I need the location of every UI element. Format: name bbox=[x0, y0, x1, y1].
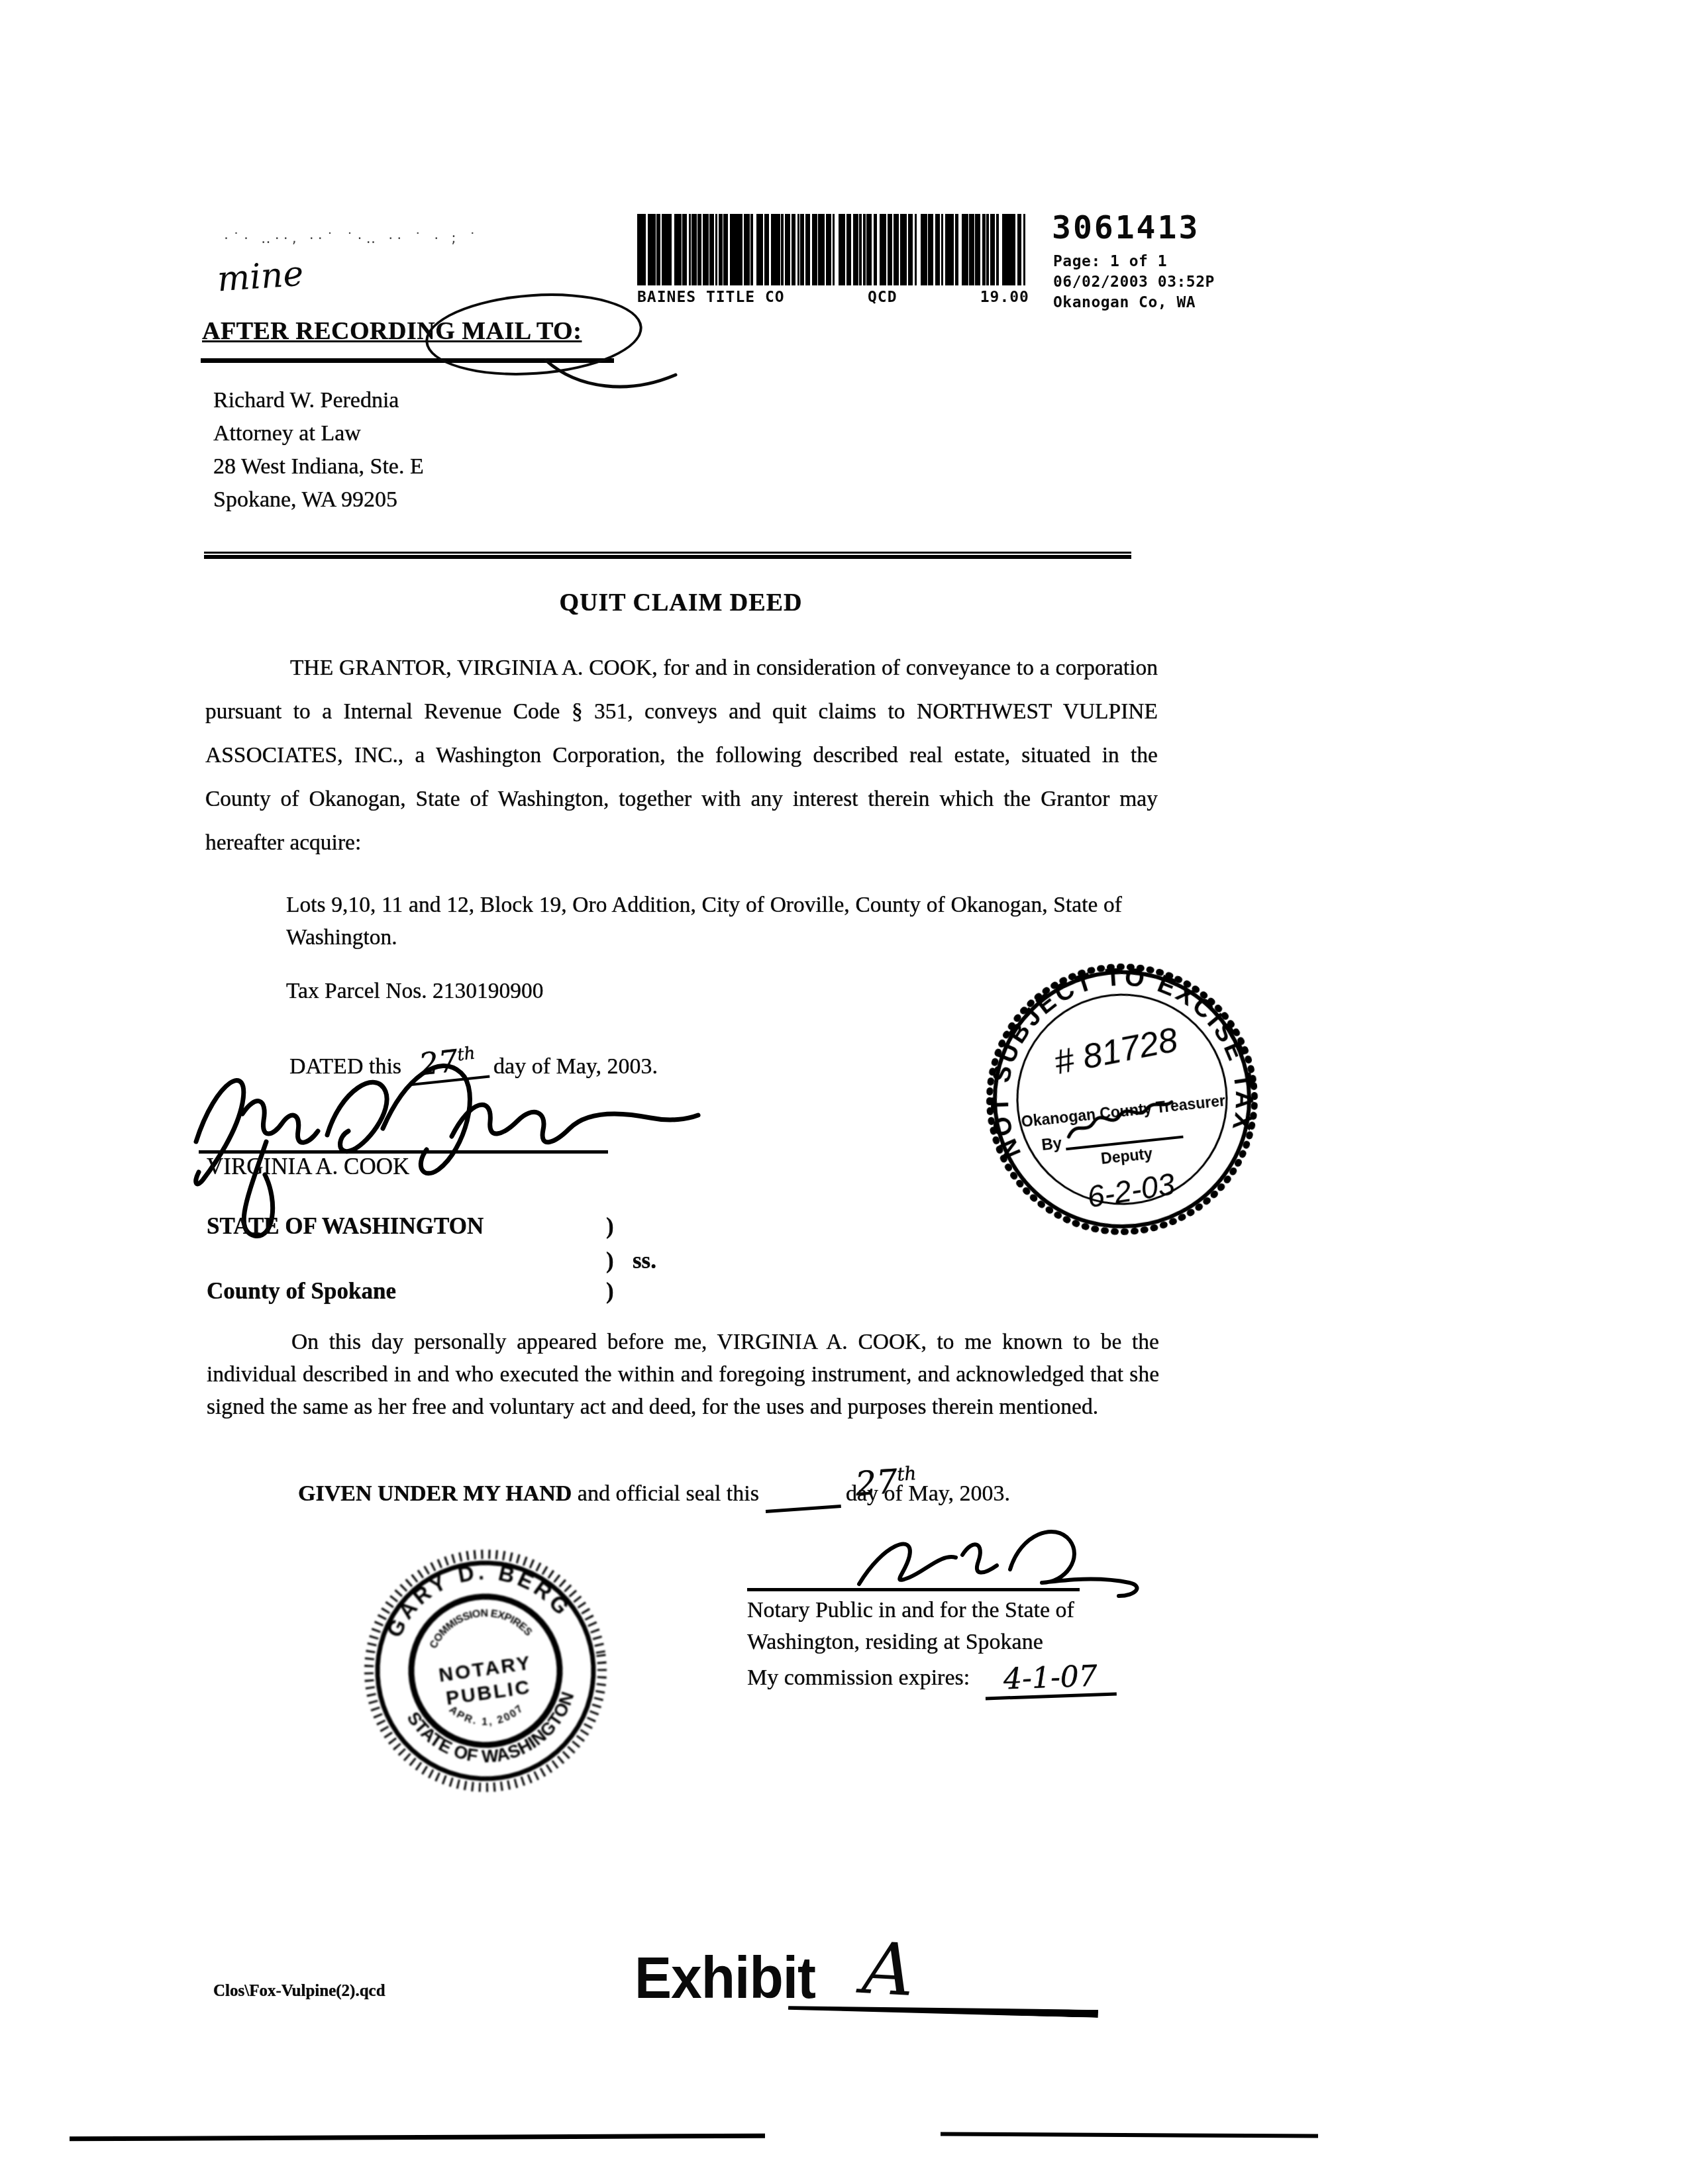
scan-artifact-line bbox=[70, 2134, 765, 2142]
stamp-deputy-label: Deputy bbox=[1100, 1145, 1153, 1167]
day-ordinal: th bbox=[897, 1462, 918, 1485]
day-number: 27 bbox=[854, 1462, 899, 1503]
handwritten-exhibit-letter: A bbox=[860, 1927, 916, 2012]
document-title: QUIT CLAIM DEED bbox=[205, 588, 1156, 617]
handwritten-expiry-date: 4-1-07 bbox=[984, 1659, 1117, 1701]
address-line: Attorney at Law bbox=[213, 417, 424, 450]
given-bold-text: GIVEN UNDER MY HAND bbox=[298, 1481, 572, 1506]
commission-label: My commission expires: bbox=[747, 1665, 970, 1690]
paren: ) bbox=[606, 1248, 614, 1274]
title-company-label: BAINES TITLE CO bbox=[637, 289, 785, 306]
recording-barcode bbox=[637, 214, 1027, 285]
given-mid-text: and official seal this bbox=[572, 1481, 764, 1506]
address-line: 28 West Indiana, Ste. E bbox=[213, 450, 424, 483]
venue-county-row: County of Spokane ) bbox=[207, 1278, 710, 1305]
notary-line: My commission expires: 4-1-07 bbox=[747, 1658, 1171, 1695]
address-line: Spokane, WA 99205 bbox=[213, 483, 424, 517]
notary-line: Notary Public in and for the State of bbox=[747, 1595, 1171, 1626]
signature-stroke bbox=[327, 1082, 387, 1151]
handwritten-day: 27th bbox=[763, 1466, 841, 1513]
recording-county: Okanogan Co, WA bbox=[1053, 293, 1215, 313]
granting-paragraph: THE GRANTOR, VIRGINIA A. COOK, for and i… bbox=[205, 646, 1158, 865]
exhibit-underline bbox=[788, 2003, 1098, 2018]
address-line: Richard W. Perednia bbox=[213, 384, 424, 417]
ss-label: ss. bbox=[633, 1248, 656, 1274]
tax-parcel-line: Tax Parcel Nos. 2130190900 bbox=[286, 979, 543, 1004]
notary-signature bbox=[851, 1527, 1162, 1605]
stamp-by-label: By bbox=[1041, 1134, 1063, 1154]
signature-stroke bbox=[452, 1105, 698, 1142]
signature-stroke bbox=[859, 1544, 956, 1584]
stamp-receipt-number: # 81728 bbox=[1051, 1020, 1181, 1082]
signature-stroke bbox=[242, 1101, 318, 1143]
handwritten-note: mine bbox=[216, 254, 305, 300]
return-address-block: Richard W. Perednia Attorney at Law 28 W… bbox=[213, 384, 424, 517]
notary-seal: GARY D. BERG STATE OF WASHINGTON COMMISS… bbox=[347, 1532, 624, 1809]
grantor-printed-name: VIRGINIA A. COOK bbox=[207, 1154, 409, 1180]
legal-description: Lots 9,10, 11 and 12, Block 19, Oro Addi… bbox=[286, 889, 1122, 954]
exhibit-label: Exhibit bbox=[635, 1944, 815, 2012]
scanned-quit-claim-deed-page: ·˙· ‥··, ··˙ ˙·‥ ·· ˙ · ; ˙ mine AFTER R… bbox=[0, 0, 1689, 2184]
circle-annotation-tail bbox=[542, 354, 684, 405]
county-label: County of Spokane bbox=[207, 1278, 396, 1304]
notary-attestation-block: Notary Public in and for the State of Wa… bbox=[747, 1595, 1171, 1695]
venue-state-row: STATE OF WASHINGTON ) bbox=[207, 1213, 710, 1240]
section-divider-line bbox=[204, 552, 1131, 559]
notary-signature-line bbox=[747, 1588, 1080, 1591]
signature-stroke bbox=[1010, 1532, 1137, 1596]
page-count: Page: 1 of 1 bbox=[1053, 252, 1215, 272]
doc-type-label: QCD bbox=[868, 289, 897, 306]
signature-stroke bbox=[962, 1544, 997, 1572]
faded-stamp-remnant: ·˙· ‥··, ··˙ ˙·‥ ·· ˙ · ; ˙ bbox=[224, 230, 595, 247]
state-label: STATE OF WASHINGTON bbox=[207, 1213, 484, 1239]
stamp-handwritten-date: 6-2-03 bbox=[1085, 1166, 1178, 1214]
paren: ) bbox=[606, 1278, 614, 1305]
barcode-caption-row: BAINES TITLE CO QCD 19.00 bbox=[637, 289, 1029, 306]
recording-meta: Page: 1 of 1 06/02/2003 03:52P Okanogan … bbox=[1053, 252, 1215, 313]
excise-tax-stamp: NOT SUBJECT TO EXCISE TAX # 81728 Okanog… bbox=[966, 944, 1278, 1255]
scan-artifact-line bbox=[941, 2132, 1318, 2138]
file-reference: Clos\Fox-Vulpine(2).qcd bbox=[213, 1982, 385, 2001]
recording-datetime: 06/02/2003 03:52P bbox=[1053, 272, 1215, 293]
given-under-hand-line: GIVEN UNDER MY HAND and official seal th… bbox=[207, 1470, 1200, 1512]
notary-line: Washington, residing at Spokane bbox=[747, 1626, 1171, 1658]
tail-stroke bbox=[546, 360, 676, 387]
paren: ) bbox=[606, 1213, 614, 1240]
recording-number: 3061413 bbox=[1052, 209, 1200, 246]
acknowledgment-paragraph: On this day personally appeared before m… bbox=[207, 1326, 1159, 1423]
fee-label: 19.00 bbox=[980, 289, 1029, 306]
